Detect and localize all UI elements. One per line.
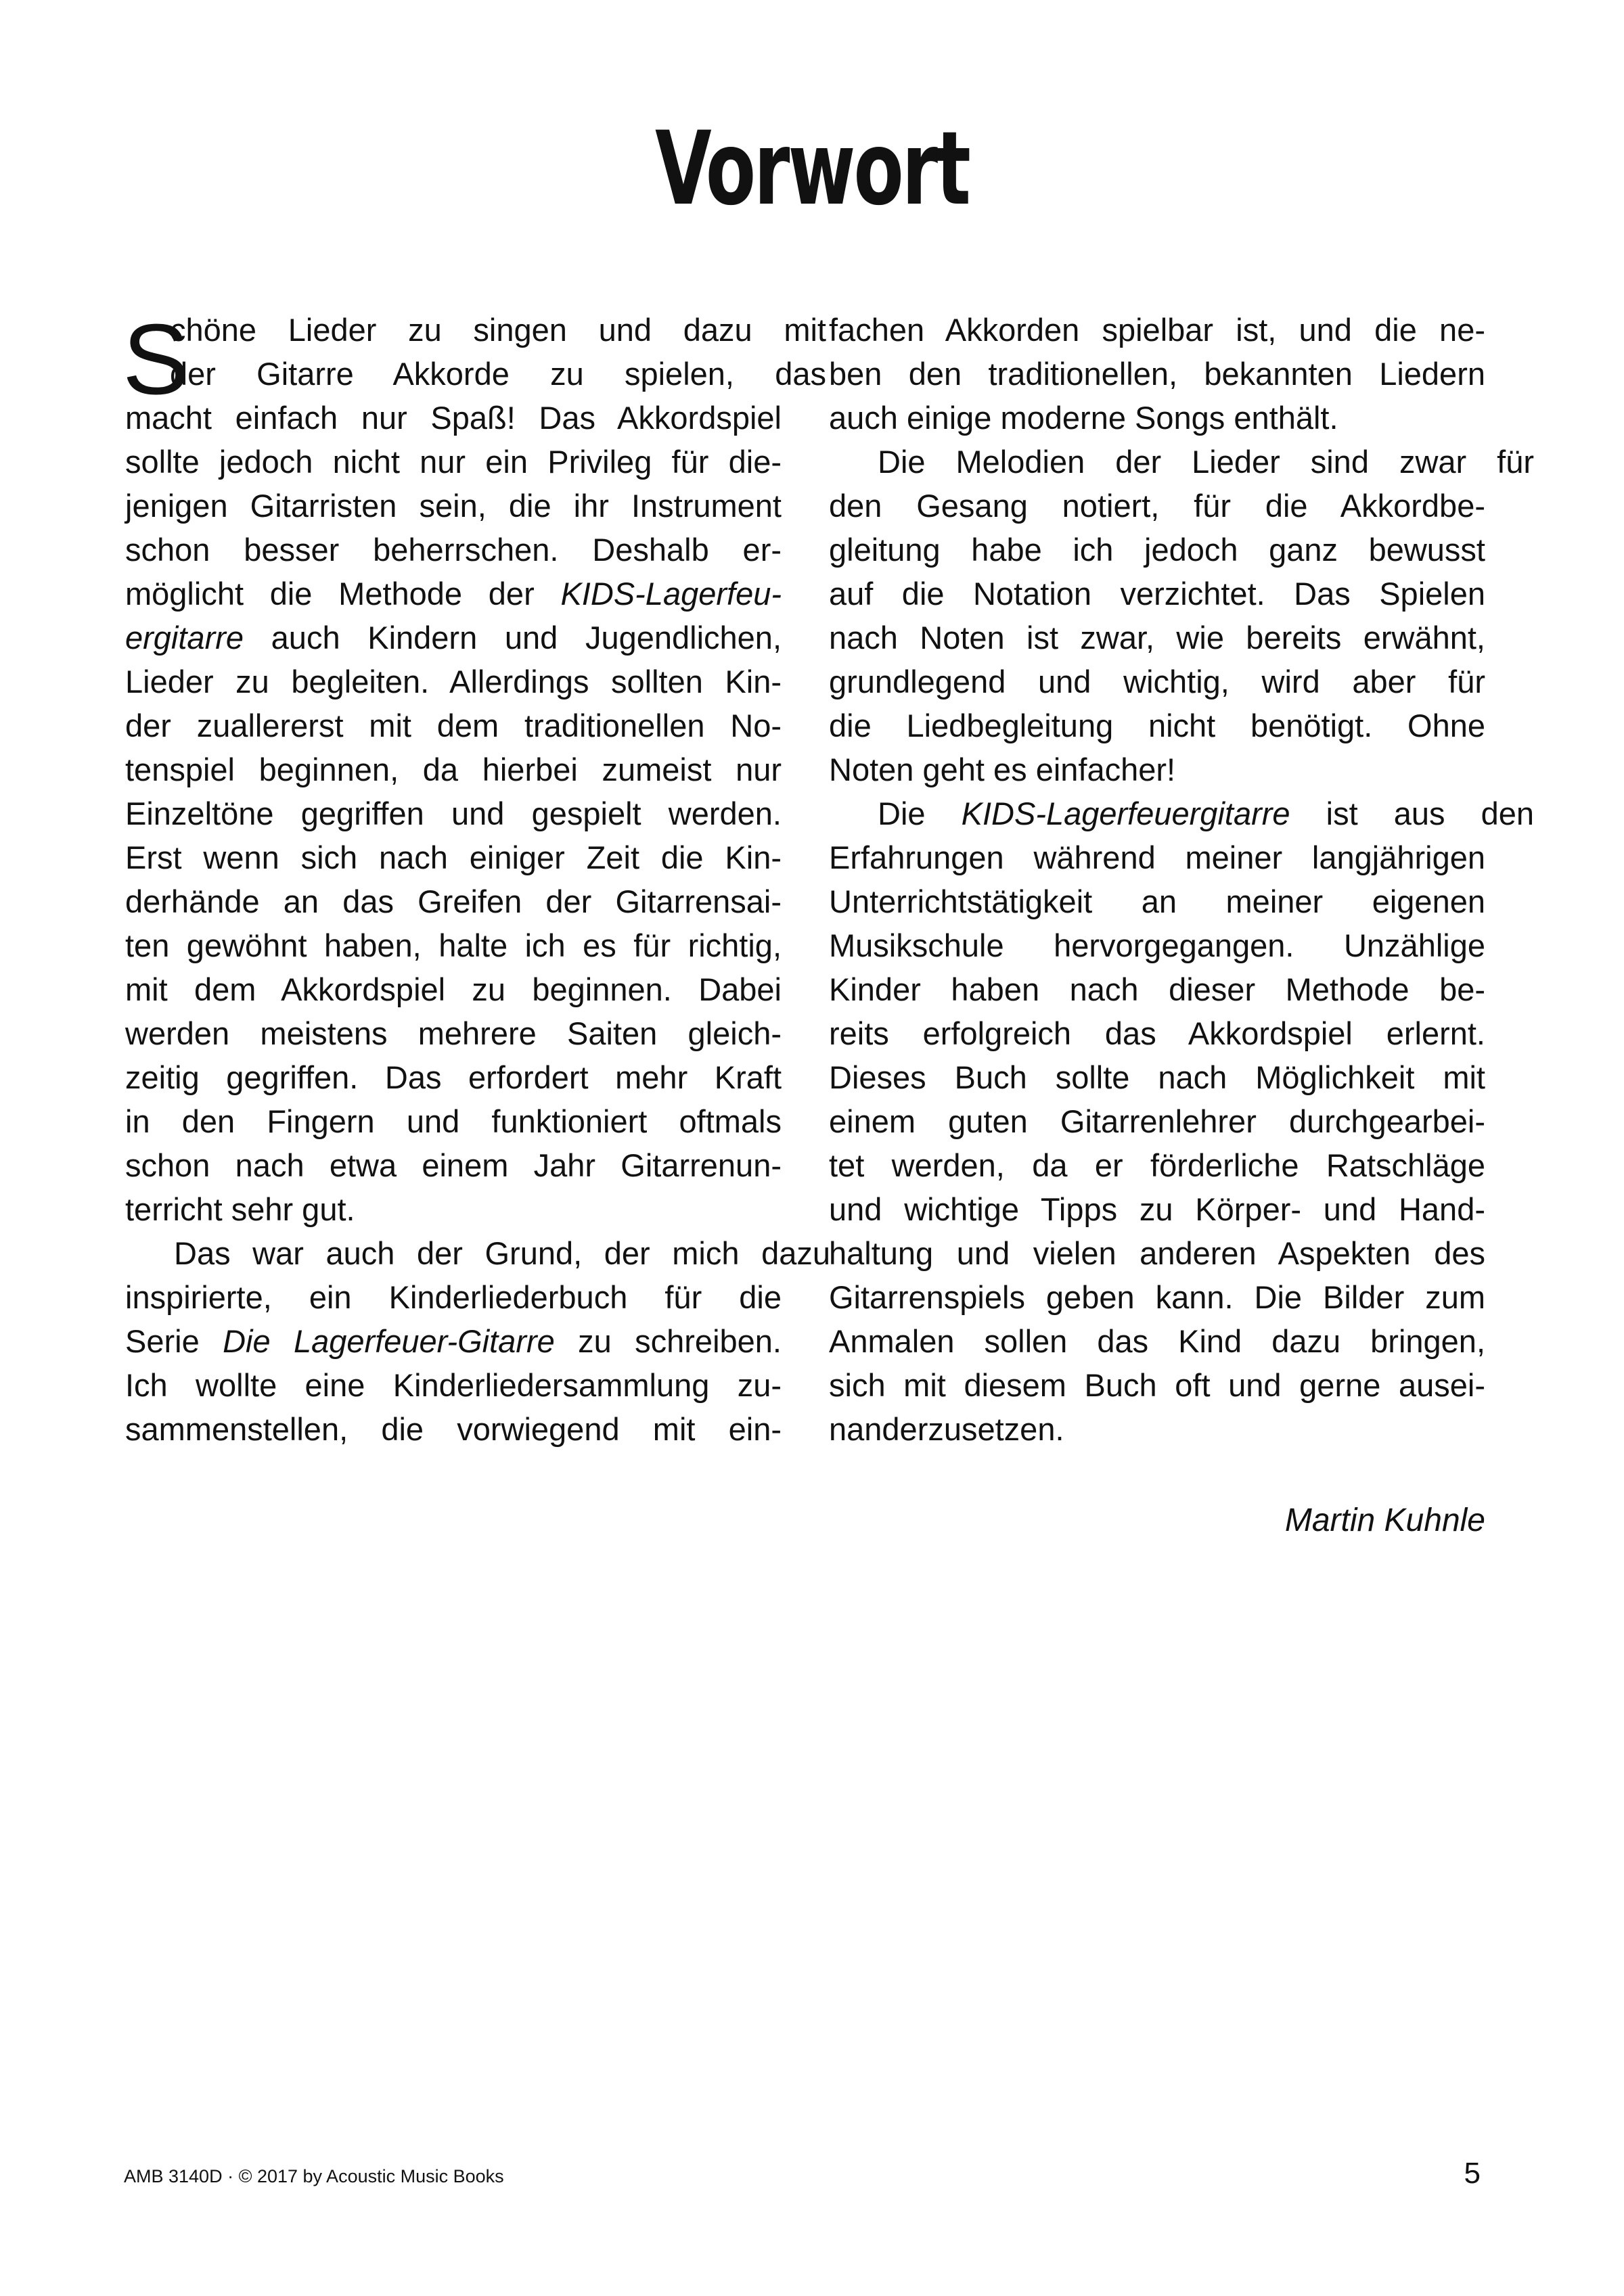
text-line: schon nach etwa einem Jahr Gitarrenun- (125, 1143, 782, 1187)
text-line: der Gitarre Akkorde zu spielen, das (125, 352, 826, 396)
italic-title: KIDS-Lagerfeuergitarre (962, 796, 1290, 831)
text-line: Dieses Buch sollte nach Möglichkeit mit (829, 1055, 1485, 1099)
text-line: tet werden, da er förderliche Ratschläge (829, 1143, 1485, 1187)
text-line: auch einige moderne Songs enthält. (829, 396, 1485, 440)
text-line: ergitarre auch Kindern und Jugendlichen, (125, 616, 782, 660)
text-line: werden meistens mehrere Saiten gleich- (125, 1011, 782, 1055)
text-segment: Serie (125, 1323, 223, 1359)
text-line: schon besser beherrschen. Deshalb er- (125, 528, 782, 572)
text-line: Die KIDS-Lagerfeuergitarre ist aus den (829, 791, 1534, 835)
text-line: der zuallererst mit dem traditionellen N… (125, 704, 782, 748)
text-line: haltung und vielen anderen Aspekten des (829, 1231, 1485, 1275)
text-line: nach Noten ist zwar, wie bereits erwähnt… (829, 616, 1485, 660)
text-line: Musikschule hervorgegangen. Unzählige (829, 923, 1485, 967)
text-line: ben den traditionellen, bekannten Lieder… (829, 352, 1485, 396)
text-line: Anmalen sollen das Kind dazu bringen, (829, 1319, 1485, 1363)
text-line: nanderzusetzen. (829, 1407, 1485, 1451)
text-segment: ist aus den (1290, 796, 1534, 831)
page-number: 5 (1464, 2157, 1481, 2190)
text-line: die Liedbegleitung nicht benötigt. Ohne (829, 704, 1485, 748)
text-line: einem guten Gitarrenlehrer durchgearbei- (829, 1099, 1485, 1143)
text-line: jenigen Gitarristen sein, die ihr Instru… (125, 484, 782, 528)
text-line: Die Melodien der Lieder sind zwar für (829, 440, 1534, 484)
text-segment: auch Kindern und Jugendlichen, (244, 620, 782, 656)
text-line: und wichtige Tipps zu Körper- und Hand- (829, 1187, 1485, 1231)
text-line: Erst wenn sich nach einiger Zeit die Kin… (125, 835, 782, 879)
page-title: Vorwort (227, 108, 1397, 230)
book-page: Vorwort S chöne Lieder zu singen und daz… (0, 0, 1624, 2296)
text-line: Unterrichtstätigkeit an meiner eigenen (829, 879, 1485, 923)
text-line: chöne Lieder zu singen und dazu mit (125, 308, 826, 352)
text-line: den Gesang notiert, für die Akkordbe- (829, 484, 1485, 528)
italic-title: Die Lagerfeuer-Gitarre (223, 1323, 555, 1359)
text-line: terricht sehr gut. (125, 1187, 782, 1231)
text-line: reits erfolgreich das Akkordspiel erlern… (829, 1011, 1485, 1055)
text-line: mit dem Akkordspiel zu beginnen. Dabei (125, 967, 782, 1011)
text-line: Einzeltöne gegriffen und gespielt werden… (125, 791, 782, 835)
author-signature: Martin Kuhnle (829, 1498, 1485, 1542)
text-segment: zu schreiben. (555, 1323, 782, 1359)
text-line: Erfahrungen während meiner langjährigen (829, 835, 1485, 879)
text-line: macht einfach nur Spaß! Das Akkordspiel (125, 396, 782, 440)
text-line: grundlegend und wichtig, wird aber für (829, 660, 1485, 704)
text-line: gleitung habe ich jedoch ganz bewusst (829, 528, 1485, 572)
text-segment: Die (878, 796, 962, 831)
text-line: tenspiel beginnen, da hierbei zumeist nu… (125, 748, 782, 791)
text-line: zeitig gegriffen. Das erfordert mehr Kra… (125, 1055, 782, 1099)
text-line: Das war auch der Grund, der mich dazu (125, 1231, 830, 1275)
text-line: Serie Die Lagerfeuer-Gitarre zu schreibe… (125, 1319, 782, 1363)
italic-title: ergitarre (125, 620, 244, 656)
text-line: ten gewöhnt haben, halte ich es für rich… (125, 923, 782, 967)
text-line: sammenstellen, die vorwiegend mit ein- (125, 1407, 782, 1451)
text-line: Gitarrenspiels geben kann. Die Bilder zu… (829, 1275, 1485, 1319)
left-column-lines: chöne Lieder zu singen und dazu mitder G… (125, 308, 782, 1451)
footer-copyright: AMB 3140D · © 2017 by Acoustic Music Boo… (124, 2165, 504, 2188)
text-line: Noten geht es einfacher! (829, 748, 1485, 791)
right-column-lines: fachen Akkorden spielbar ist, und die ne… (829, 308, 1485, 1451)
text-line: Lieder zu begleiten. Allerdings sollten … (125, 660, 782, 704)
text-line: in den Fingern und funktioniert oftmals (125, 1099, 782, 1143)
text-line: möglicht die Methode der KIDS-Lagerfeu- (125, 572, 782, 616)
text-line: sich mit diesem Buch oft und gerne ausei… (829, 1363, 1485, 1407)
text-line: inspirierte, ein Kinderliederbuch für di… (125, 1275, 782, 1319)
text-line: fachen Akkorden spielbar ist, und die ne… (829, 308, 1485, 352)
text-line: Kinder haben nach dieser Methode be- (829, 967, 1485, 1011)
italic-title: KIDS-Lagerfeu- (560, 576, 782, 612)
right-column: fachen Akkorden spielbar ist, und die ne… (829, 308, 1485, 1451)
drop-cap: S (122, 316, 189, 404)
text-line: Ich wollte eine Kinderliedersammlung zu- (125, 1363, 782, 1407)
text-line: sollte jedoch nicht nur ein Privileg für… (125, 440, 782, 484)
left-column: S chöne Lieder zu singen und dazu mitder… (125, 308, 782, 1451)
text-line: derhände an das Greifen der Gitarrensai- (125, 879, 782, 923)
text-segment: möglicht die Methode der (125, 576, 560, 612)
text-line: auf die Notation verzichtet. Das Spielen (829, 572, 1485, 616)
